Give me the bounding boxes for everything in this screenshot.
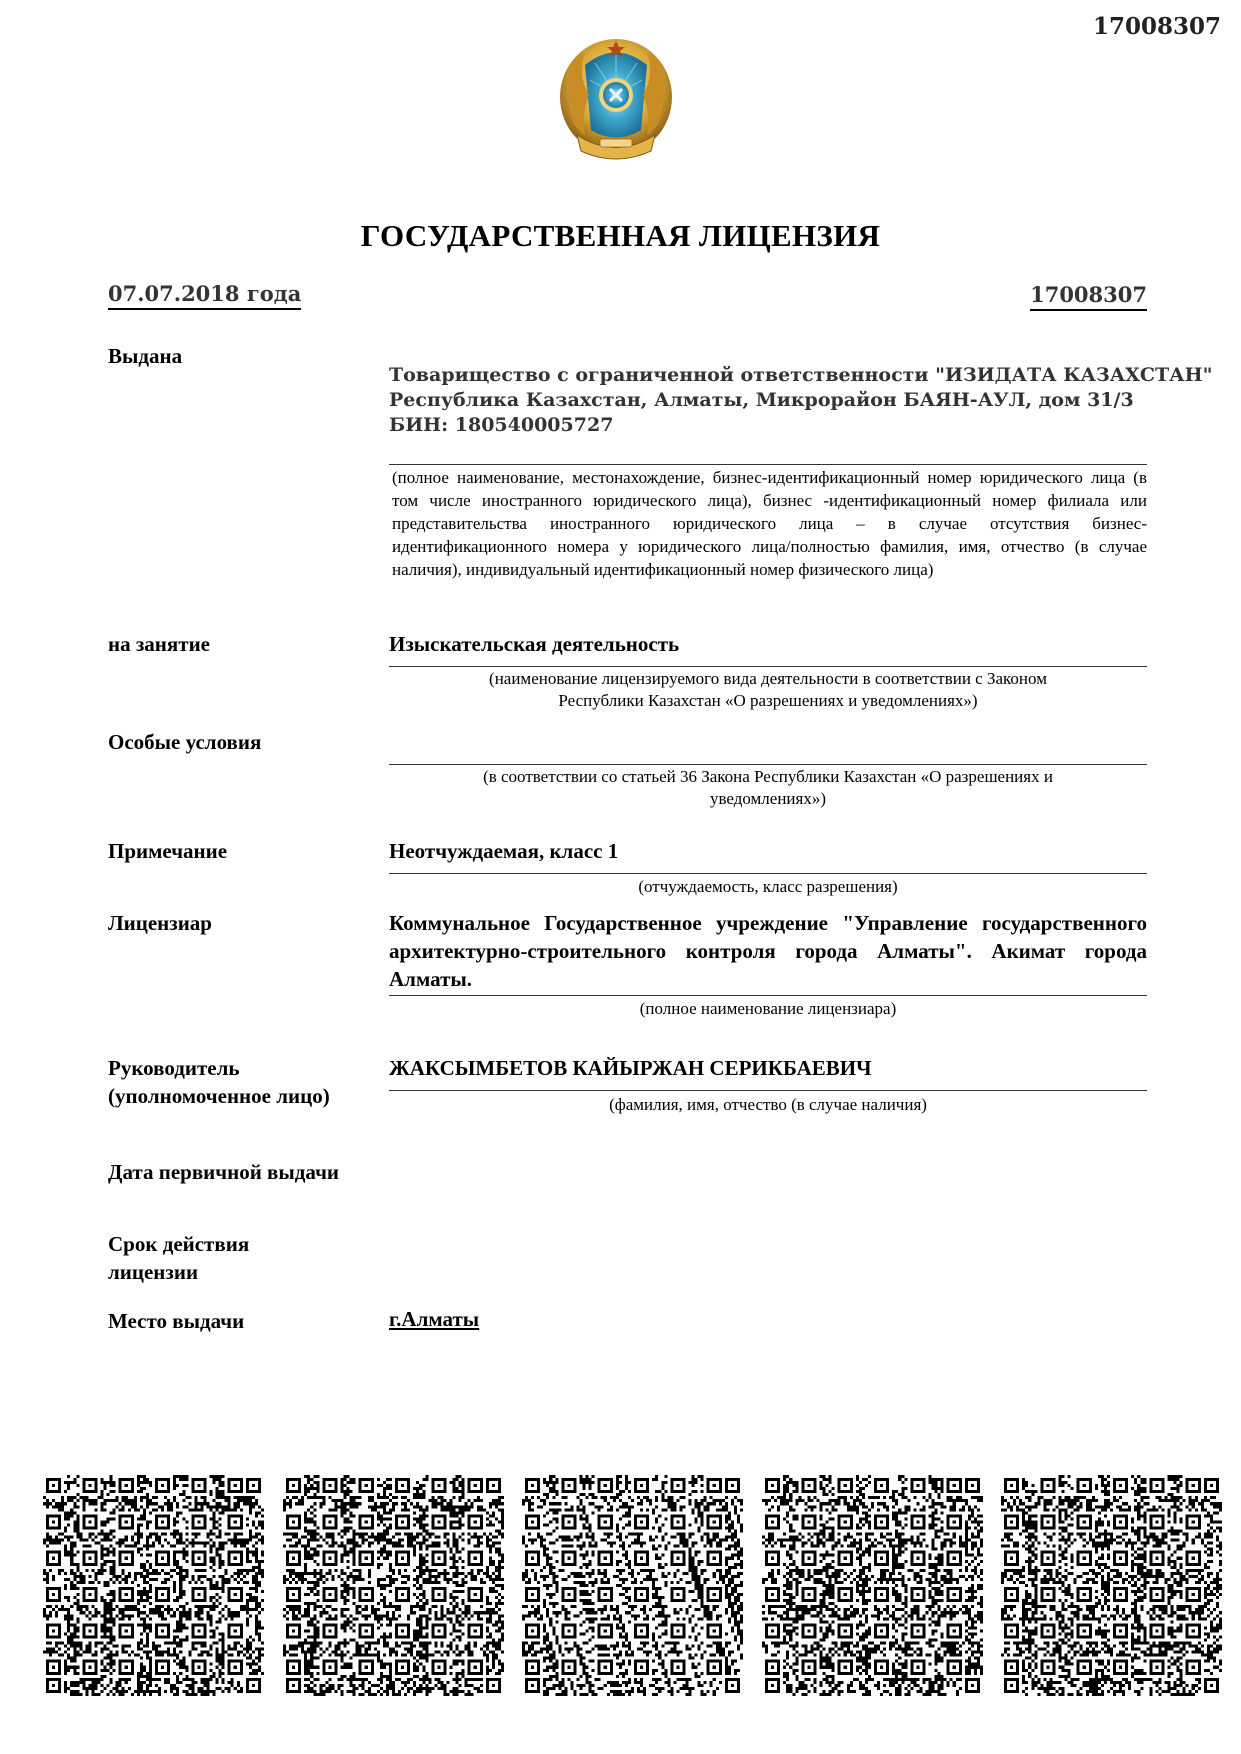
issued-to-label: Выдана: [108, 342, 182, 370]
qr-code-1: [43, 1475, 264, 1696]
head-label: Руководитель (уполномоченное лицо): [108, 1054, 330, 1110]
document-title: ГОСУДАРСТВЕННАЯ ЛИЦЕНЗИЯ: [0, 218, 1241, 254]
place-value: г.Алматы: [389, 1307, 479, 1332]
licensor-hint: (полное наименование лицензиара): [389, 998, 1147, 1020]
qr-code-4: [762, 1475, 983, 1696]
licensee-info: Товарищество с ограниченной ответственно…: [389, 363, 1219, 438]
activity-label: на занятие: [108, 630, 210, 658]
document-number-top: 17008307: [1093, 13, 1221, 40]
note-hint: (отчуждаемость, класс разрешения): [389, 876, 1147, 898]
head-hint: (фамилия, имя, отчество (в случае наличи…: [389, 1094, 1147, 1116]
note-value: Неотчуждаемая, класс 1: [389, 837, 1147, 865]
activity-value: Изыскательская деятельность: [389, 630, 1147, 658]
state-emblem-icon: [555, 35, 677, 167]
licensor-rule: [389, 995, 1147, 996]
licensee-name: Товарищество с ограниченной ответственно…: [389, 363, 1219, 388]
qr-code-5: [1001, 1475, 1222, 1696]
licensor-label: Лицензиар: [108, 909, 212, 937]
issued-to-rule: [389, 464, 1147, 465]
licensee-address: Республика Казахстан, Алматы, Микрорайон…: [389, 388, 1219, 413]
licensor-value: Коммунальное Государственное учреждение …: [389, 909, 1147, 993]
note-label: Примечание: [108, 837, 227, 865]
activity-hint: (наименование лицензируемого вида деятел…: [389, 668, 1147, 712]
validity-label-line1: Срок действия: [108, 1230, 249, 1258]
qr-code-2: [283, 1475, 504, 1696]
license-number: 17008307: [1030, 283, 1147, 311]
first-issue-date-label: Дата первичной выдачи: [108, 1158, 339, 1186]
special-conditions-label: Особые условия: [108, 728, 261, 756]
note-rule: [389, 873, 1147, 874]
special-conditions-hint: (в соответствии со статьей 36 Закона Рес…: [389, 766, 1147, 810]
qr-code-3: [522, 1475, 743, 1696]
licensee-bin: БИН: 180540005727: [389, 413, 1219, 438]
place-label: Место выдачи: [108, 1307, 244, 1335]
issue-date: 07.07.2018 года: [108, 282, 301, 310]
activity-rule: [389, 666, 1147, 667]
special-conditions-rule: [389, 764, 1147, 765]
head-label-line2: (уполномоченное лицо): [108, 1082, 330, 1110]
head-label-line1: Руководитель: [108, 1054, 330, 1082]
validity-label: Срок действия лицензии: [108, 1230, 249, 1286]
validity-label-line2: лицензии: [108, 1258, 249, 1286]
head-value: ЖАКСЫМБЕТОВ КАЙЫРЖАН СЕРИКБАЕВИЧ: [389, 1054, 1147, 1082]
issued-to-hint: (полное наименование, местонахождение, б…: [392, 466, 1147, 581]
head-rule: [389, 1090, 1147, 1091]
